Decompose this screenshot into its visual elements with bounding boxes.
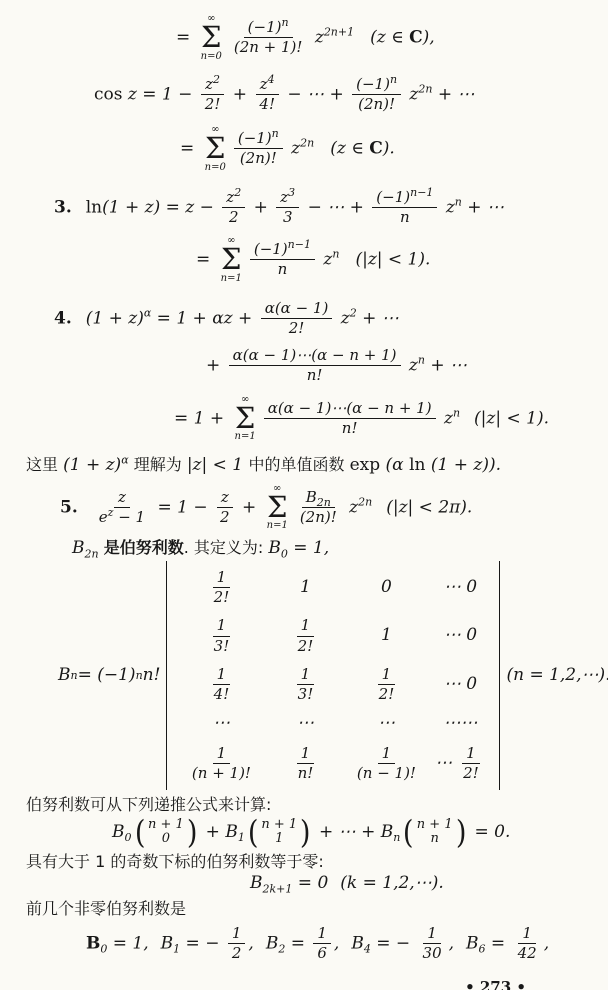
fraction-numerator: 1 — [228, 925, 246, 944]
superscript: 2 — [234, 186, 241, 199]
text-run: 2 — [232, 944, 242, 962]
binomial-bottom: 1 — [275, 832, 283, 846]
fraction: 142 — [514, 925, 541, 963]
determinant-cell: ⋯ — [267, 714, 343, 734]
fraction-numerator: 1 — [423, 925, 441, 944]
fraction: (−1)n(2n)! — [352, 76, 401, 114]
text-run: + ⋯ — [433, 84, 475, 104]
text-run: = − — [180, 933, 225, 953]
fraction: z33 — [276, 189, 299, 227]
text-run: (k = 1,2,⋯). — [340, 873, 443, 893]
text-run: = 1 + αz + — [151, 308, 257, 328]
binomial-coefficient: (n + 1n) — [402, 818, 467, 847]
determinant-cell: 14! — [175, 666, 267, 704]
determinant-cell: ⋯ — [343, 714, 429, 734]
fraction-denominator: 2! — [201, 95, 225, 113]
fraction-numerator: z — [114, 489, 130, 508]
text-run: = 1, — [107, 933, 148, 953]
determinant-row: 14!13!12!⋯ 0 — [175, 666, 491, 704]
text-run: z — [404, 84, 418, 104]
text-run: n! — [298, 764, 314, 782]
text-run: − ⋯ + — [282, 84, 349, 104]
right-paren: ) — [456, 819, 467, 846]
text-run: (−1) — [238, 129, 272, 147]
text-run: = 1 + — [174, 408, 230, 428]
fraction: (−1)n(2n)! — [234, 130, 283, 168]
fraction: (−1)n−1n — [250, 241, 315, 279]
fraction-denominator: 2 — [225, 208, 243, 226]
summation-sign: ∞Σn=1 — [235, 395, 256, 443]
determinant-cell: ⋯ 0 — [429, 675, 491, 695]
fraction-numerator: 1 — [213, 569, 231, 588]
text-run: ), — [423, 27, 435, 47]
text-run: ⋯ 0 — [444, 626, 477, 646]
fraction-numerator: z3 — [276, 189, 299, 208]
fraction-denominator: n! — [338, 419, 362, 437]
fraction-denominator: 2! — [285, 319, 309, 337]
binomial-top: n + 1 — [261, 818, 297, 832]
superscript: 4 — [268, 73, 275, 86]
text-run: (|z| < 2π). — [386, 497, 472, 517]
text-run: 42 — [518, 944, 537, 962]
fraction: 13! — [294, 666, 318, 704]
fraction: 1n! — [294, 745, 318, 783]
text-run: 具有大于 1 的奇数下标的伯努利数等于零: — [26, 852, 324, 871]
determinant-cell: ⋯12! — [429, 745, 491, 783]
fraction: α(α − 1)2! — [261, 300, 333, 338]
fraction-numerator: B2n — [302, 489, 335, 508]
determinant: 12!10⋯ 013!12!1⋯ 014!13!12!⋯ 0⋯⋯⋯⋯⋯1(n +… — [166, 561, 500, 791]
text-run: (−1) — [248, 18, 282, 36]
bernoulli-def-intro: B2n 是伯努利数. 其定义为: B0 = 1, — [24, 539, 584, 559]
text-run: B — [112, 822, 125, 842]
text-run: |z| < 1 — [187, 455, 249, 475]
sum-lower-limit: n=1 — [221, 274, 242, 284]
fraction: z22! — [201, 76, 225, 114]
first-values: B0 = 1,B1 = − 12,B2 = 16,B4 = − 130,B6 =… — [24, 925, 584, 963]
text-run: n! — [307, 366, 323, 384]
recursion-formula: B0(n + 10) + B1(n + 11) + ⋯ + Bn(n + 1n)… — [24, 818, 584, 847]
determinant-cell: ⋯⋯ — [429, 714, 491, 734]
text-run: z — [335, 308, 349, 328]
subscript: 2n — [317, 496, 331, 509]
fraction-denominator: 4! — [255, 95, 279, 113]
text-run: z — [439, 408, 453, 428]
text-run: 1 — [217, 568, 227, 586]
summation-sign: ∞Σn=1 — [267, 484, 288, 532]
fraction: z2 — [216, 489, 234, 527]
text-run: 理解为 — [129, 455, 187, 474]
text-run: e — [99, 508, 108, 526]
binomial-top: n + 1 — [417, 818, 453, 832]
text-run: , — [544, 933, 549, 953]
right-paren: ) — [187, 819, 198, 846]
text-run: z — [318, 249, 332, 269]
fraction-denominator: 2! — [459, 764, 483, 782]
superscript: 3 — [288, 186, 295, 199]
text-run: B — [466, 933, 479, 953]
page-content: = ∞Σn=0(−1)n(2n + 1)! z2n+1(z ∈ C),cos z… — [24, 14, 584, 963]
fraction: 12! — [294, 617, 318, 655]
text-run: 2 — [220, 508, 230, 526]
text-run: + — [227, 84, 252, 104]
fraction: zez − 1 — [95, 489, 149, 527]
ln-series: 3.ln(1 + z) = z − z22 + z33 − ⋯ + (−1)n−… — [24, 189, 584, 227]
text-run: = — [486, 933, 511, 953]
text-run: n — [400, 208, 410, 226]
text-run: = 1, — [288, 538, 329, 558]
fraction: α(α − 1)⋯(α − n + 1)n! — [264, 400, 436, 438]
text-run: B — [351, 933, 364, 953]
fraction-denominator: 30 — [419, 944, 446, 962]
determinant-row: ⋯⋯⋯⋯⋯ — [175, 714, 491, 734]
text-run: ⋯ — [213, 714, 230, 734]
binomial-series-sum: = 1 + ∞Σn=1α(α − 1)⋯(α − n + 1)n! zn(|z|… — [24, 395, 584, 443]
fraction-denominator: (2n)! — [354, 95, 399, 113]
text-run: 3! — [214, 637, 230, 655]
text-run: ⋯ — [378, 714, 395, 734]
fraction: 12! — [375, 666, 399, 704]
text-run: α(α − 1) — [265, 299, 329, 317]
text-run: ln — [86, 197, 102, 217]
text-run: z — [260, 75, 268, 93]
text-run: = — [285, 933, 310, 953]
text-run: z — [221, 488, 229, 506]
scanned-book-page: { "page": { "number": "• 273 •" }, "line… — [0, 0, 608, 990]
subscript: n — [393, 831, 400, 844]
superscript: 2 — [350, 306, 357, 319]
text-run: 3! — [298, 685, 314, 703]
text-run: 4. — [54, 308, 72, 328]
text-run: ⋯ — [297, 714, 314, 734]
text-run: z — [344, 497, 358, 517]
text-run: 3 — [283, 208, 293, 226]
text-run: ⋯ 0 — [444, 578, 477, 598]
text-run: (−1) — [376, 188, 410, 206]
odd-zero-intro: 具有大于 1 的奇数下标的伯努利数等于零: — [24, 853, 584, 873]
sum-lower-limit: n=1 — [235, 432, 256, 442]
fraction-numerator: 1 — [378, 666, 396, 685]
fraction-numerator: (−1)n — [244, 19, 293, 38]
determinant-cell: 1 — [267, 578, 343, 598]
fraction-numerator: (−1)n — [234, 130, 283, 149]
superscript: n — [455, 195, 462, 208]
fraction-numerator: (−1)n−1 — [250, 241, 315, 260]
fraction: z44! — [255, 76, 279, 114]
superscript: n−1 — [288, 238, 311, 251]
text-run: 2! — [205, 95, 221, 113]
text-run: z — [440, 197, 454, 217]
superscript: n−1 — [410, 186, 433, 199]
fraction-numerator: z — [217, 489, 233, 508]
binomial-coefficient: (n + 11) — [247, 818, 312, 847]
text-run: n! — [342, 419, 358, 437]
text-run: ⋯ 0 — [444, 675, 477, 695]
text-run: 1 — [232, 924, 242, 942]
fraction: z22 — [222, 189, 245, 227]
fraction-denominator: n — [274, 260, 292, 278]
subscript: 1 — [238, 831, 245, 844]
fraction-numerator: 1 — [462, 745, 480, 764]
text-run: B — [250, 873, 263, 893]
fraction-numerator: 1 — [313, 925, 331, 944]
fraction-denominator: (n + 1)! — [188, 764, 255, 782]
text-run: 1 — [382, 744, 392, 762]
fraction-numerator: α(α − 1)⋯(α − n + 1) — [229, 347, 401, 366]
text-run: + ⋯ — [462, 197, 504, 217]
determinant-row: 1(n + 1)!1n!1(n − 1)!⋯12! — [175, 745, 491, 783]
text-run: 2! — [379, 685, 395, 703]
text-run: 这里 — [26, 455, 63, 474]
subscript: 0 — [281, 548, 288, 561]
fraction-numerator: 1 — [297, 745, 315, 764]
text-run: (2n)! — [300, 508, 337, 526]
fraction-numerator: α(α − 1)⋯(α − n + 1) — [264, 400, 436, 419]
fraction: α(α − 1)⋯(α − n + 1)n! — [229, 347, 401, 385]
text-run: − ⋯ + — [302, 197, 369, 217]
fraction-denominator: 2! — [375, 685, 399, 703]
fraction-numerator: (−1)n — [352, 76, 401, 95]
determinant-cell: 1(n − 1)! — [343, 745, 429, 783]
determinant-cell: 1 — [343, 626, 429, 646]
determinant-cell: ⋯ 0 — [429, 626, 491, 646]
subscript: 6 — [479, 943, 486, 956]
sum-lower-limit: n=0 — [201, 52, 222, 62]
subscript: 4 — [364, 943, 371, 956]
fraction-numerator: z2 — [222, 189, 245, 208]
superscript: 2n — [418, 82, 432, 95]
determinant-cell: 12! — [343, 666, 429, 704]
text-run: + ⋯ — [357, 308, 399, 328]
superscript: 2n — [300, 137, 314, 150]
sigma-glyph: Σ — [205, 135, 226, 163]
note-branch: 这里 (1 + z)α 理解为 |z| < 1 中的单值函数 exp (α ln… — [24, 456, 584, 476]
fraction-denominator: (2n)! — [236, 149, 281, 167]
fraction: 16 — [313, 925, 331, 963]
text-run: (1 + z) = z − — [102, 197, 219, 217]
determinant-row: 12!10⋯ 0 — [175, 569, 491, 607]
text-run: 前几个非零伯努利数是 — [26, 899, 186, 918]
superscript: n — [282, 16, 289, 29]
determinant-cell: 12! — [267, 617, 343, 655]
cos-series: cos z = 1 − z22! + z44! − ⋯ + (−1)n(2n)!… — [24, 76, 584, 114]
text-run: + ⋯ — [425, 355, 467, 375]
text-run: (−1) — [356, 75, 390, 93]
sigma-glyph: Σ — [235, 405, 256, 433]
left-paren: ( — [403, 819, 414, 846]
fraction-denominator: 2 — [216, 508, 234, 526]
text-run: (2n + 1)! — [234, 38, 303, 56]
fraction-denominator: 6 — [313, 944, 331, 962]
text-run: B — [86, 933, 100, 953]
right-paren: ) — [300, 819, 311, 846]
bernoulli-gen: 5.zez − 1 = 1 − z2 + ∞Σn=1B2n(2n)! z2n(|… — [24, 484, 584, 532]
binomial-top: n + 1 — [148, 818, 184, 832]
fraction-denominator: n! — [294, 764, 318, 782]
text-run: 2! — [214, 588, 230, 606]
text-run: (|z| < 1). — [474, 408, 549, 428]
text-run: z — [280, 188, 288, 206]
subscript: 2n — [85, 548, 99, 561]
text-run: B — [58, 666, 71, 686]
text-run: = — [180, 138, 200, 158]
text-run: 1 — [382, 665, 392, 683]
fraction-numerator: 1 — [213, 745, 231, 764]
determinant-cell: 13! — [267, 666, 343, 704]
text-run: = — [176, 27, 196, 47]
text-run: B — [161, 933, 174, 953]
summation-sign: ∞Σn=0 — [201, 14, 222, 62]
fraction: 12 — [228, 925, 246, 963]
text-run: (α — [386, 455, 410, 475]
left-paren: ( — [248, 819, 259, 846]
fraction-numerator: α(α − 1) — [261, 300, 333, 319]
fraction-denominator: (2n + 1)! — [230, 38, 307, 56]
text-run: ). — [383, 138, 395, 158]
text-run: 2! — [289, 319, 305, 337]
ln-series-sum: = ∞Σn=1(−1)n−1n zn(|z| < 1). — [24, 236, 584, 284]
superscript: n — [390, 73, 397, 86]
text-run: 2! — [298, 637, 314, 655]
fraction-numerator: 1 — [297, 617, 315, 636]
text-run: 1 — [427, 924, 437, 942]
superscript: 2n — [358, 495, 372, 508]
superscript: n — [453, 406, 460, 419]
binomial-stack: n + 11 — [259, 818, 299, 847]
text-run: 1 — [381, 626, 392, 646]
text-run: 4! — [214, 685, 230, 703]
fraction-numerator: z2 — [201, 76, 224, 95]
text-run: 是伯努利数 — [104, 538, 184, 557]
fraction-denominator: 3! — [210, 637, 234, 655]
determinant-cell: 0 — [343, 578, 429, 598]
text-run: z = 1 − — [128, 84, 198, 104]
text-run: 5. — [60, 497, 78, 517]
text-run: = 0 — [292, 873, 328, 893]
text-run: z — [286, 138, 300, 158]
fraction-denominator: 3! — [294, 685, 318, 703]
text-run: , — [334, 933, 339, 953]
text-run: α(α − 1)⋯(α − n + 1) — [233, 346, 397, 364]
text-run: z — [118, 488, 126, 506]
fraction-denominator: n — [396, 208, 414, 226]
sum-lower-limit: n=1 — [267, 521, 288, 531]
fraction-denominator: (2n)! — [296, 508, 341, 526]
text-run: 1 — [301, 616, 311, 634]
text-run: 1 — [300, 578, 311, 598]
fraction-denominator: 2! — [294, 637, 318, 655]
text-run: = 1 − — [152, 497, 213, 517]
text-run: 1 — [301, 665, 311, 683]
fraction-denominator: 2! — [210, 588, 234, 606]
text-run: 1 — [301, 744, 311, 762]
fraction-numerator: 1 — [518, 925, 536, 944]
text-run: ⋯⋯ — [443, 714, 477, 734]
fraction: 12! — [459, 745, 483, 783]
fraction: 130 — [419, 925, 446, 963]
superscript: n — [272, 127, 279, 140]
superscript: n — [418, 354, 425, 367]
text-run: ln — [409, 455, 431, 475]
fraction-denominator: (n − 1)! — [353, 764, 420, 782]
determinant-cell: 1(n + 1)! — [175, 745, 267, 783]
text-run: + B — [200, 822, 238, 842]
text-run: 1 — [317, 924, 327, 942]
fraction: 1(n + 1)! — [188, 745, 255, 783]
superscript: 2 — [213, 73, 220, 86]
fraction: B2n(2n)! — [296, 489, 341, 527]
fraction-numerator: 1 — [378, 745, 396, 764]
binomial-coefficient: (n + 10) — [134, 818, 199, 847]
sigma-glyph: Σ — [267, 494, 288, 522]
text-run: = − — [371, 933, 416, 953]
first-values-intro: 前几个非零伯努利数是 — [24, 900, 584, 920]
text-run: = — [196, 249, 216, 269]
text-run: (z ∈ — [330, 138, 369, 158]
fraction: 1(n − 1)! — [353, 745, 420, 783]
text-run: , — [248, 933, 253, 953]
text-run: n! — [143, 666, 161, 686]
text-run: (n − 1)! — [357, 764, 416, 782]
text-run: C — [369, 138, 383, 158]
text-run: + — [206, 355, 226, 375]
fraction-denominator: ez − 1 — [95, 508, 149, 526]
text-run: 30 — [423, 944, 442, 962]
text-run: exp — [350, 455, 386, 475]
text-run: 中的单值函数 — [249, 455, 350, 474]
text-run: B — [72, 538, 85, 558]
text-run: ⋯ — [435, 754, 452, 774]
binomial-bottom: n — [431, 832, 439, 846]
fraction: 12! — [210, 569, 234, 607]
fraction-denominator: 4! — [210, 685, 234, 703]
text-run: (n + 1)! — [192, 764, 251, 782]
subscript: 0 — [125, 831, 132, 844]
determinant-row: 13!12!1⋯ 0 — [175, 617, 491, 655]
fraction: (−1)n(2n + 1)! — [230, 19, 307, 57]
sigma-glyph: Σ — [201, 24, 222, 52]
superscript: n — [332, 248, 339, 261]
text-run: = (−1) — [78, 666, 136, 686]
text-run: (2n)! — [240, 149, 277, 167]
fraction: 13! — [210, 617, 234, 655]
binomial-stack: n + 1n — [415, 818, 455, 847]
sigma-glyph: Σ — [221, 246, 242, 274]
sin-series-sum: = ∞Σn=0(−1)n(2n + 1)! z2n+1(z ∈ C), — [24, 14, 584, 62]
text-run: 6 — [317, 944, 327, 962]
text-run: z — [404, 355, 418, 375]
determinant-cell: ⋯ 0 — [429, 578, 491, 598]
determinant-cell: 13! — [175, 617, 267, 655]
text-run: (|z| < 1). — [355, 249, 430, 269]
summation-sign: ∞Σn=0 — [205, 125, 226, 173]
text-run: 1 — [217, 744, 227, 762]
fraction: (−1)n−1n — [372, 189, 437, 227]
sum-lower-limit: n=0 — [205, 163, 226, 173]
text-run: C — [409, 27, 423, 47]
superscript: 2n+1 — [324, 26, 354, 39]
fraction-numerator: (−1)n−1 — [372, 189, 437, 208]
cos-series-sum: = ∞Σn=0(−1)n(2n)! z2n(z ∈ C). — [24, 125, 584, 173]
text-run: B — [306, 488, 317, 506]
fraction-denominator: 42 — [514, 944, 541, 962]
fraction-denominator: 3 — [279, 208, 297, 226]
fraction-denominator: n! — [303, 366, 327, 384]
text-run: 2! — [463, 764, 479, 782]
fraction-denominator: 2 — [228, 944, 246, 962]
text-run: B — [266, 933, 279, 953]
text-run: (n = 1,2,⋯). — [506, 666, 608, 686]
